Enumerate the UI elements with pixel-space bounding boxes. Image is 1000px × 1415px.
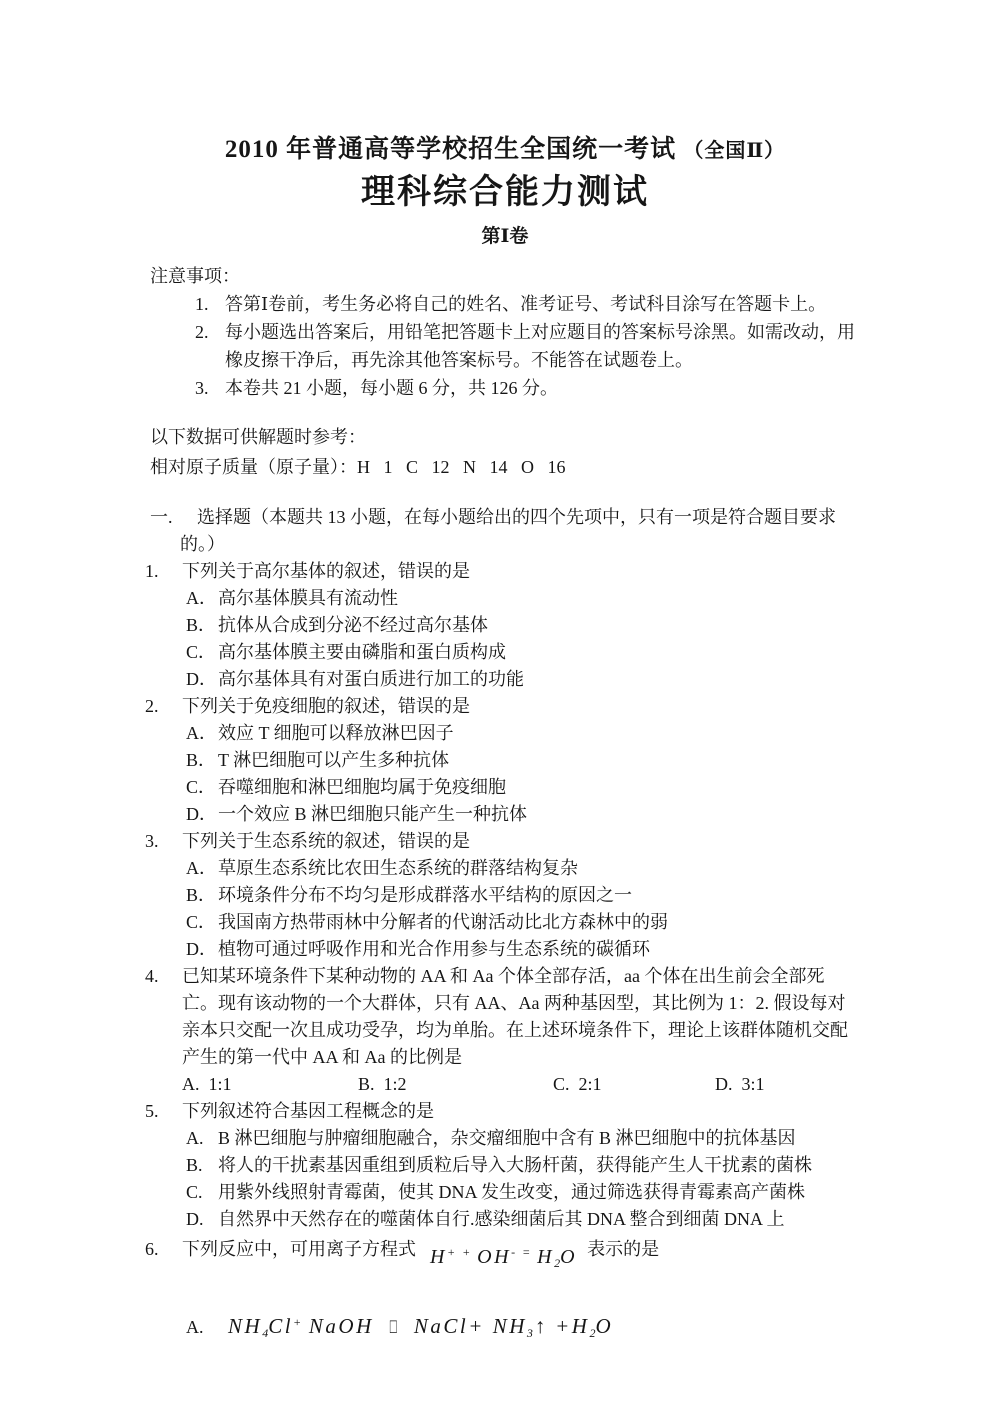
section-number: 一.	[150, 504, 173, 531]
option-text: 高尔基体膜主要由磷脂和蛋白质构成	[218, 639, 860, 666]
option-b: B.1:2	[358, 1071, 553, 1098]
questions-area: 1. 下列关于高尔基体的叙述，错误的是 A．高尔基体膜具有流动性 B．抗体从合成…	[150, 558, 860, 1347]
question-stem-row: 1. 下列关于高尔基体的叙述，错误的是	[150, 558, 860, 585]
question-number: 4.	[145, 963, 182, 1071]
option-c: C．吞噬细胞和淋巴细胞均属于免疫细胞	[150, 774, 860, 801]
option-label: C.	[553, 1071, 570, 1098]
section-one-heading: 一. 选择题（本题共 13 小题，在每小题给出的四个先项中，只有一项是符合题目要…	[150, 504, 860, 558]
option-d: D.3:1	[715, 1071, 765, 1098]
exam-paper-page: 2010 年普通高等学校招生全国统一考试 （全国Ⅱ） 理科综合能力测试 第Ⅰ卷 …	[0, 0, 1000, 1415]
exam-subtitle: 理科综合能力测试	[150, 170, 860, 216]
option-text: B 淋巴细胞与肿瘤细胞融合，杂交瘤细胞中含有 B 淋巴细胞中的抗体基因	[218, 1125, 860, 1152]
notice-item-1: 1. 答第Ⅰ卷前，考生务必将自己的姓名、准考证号、考试科目涂写在答题卡上。	[150, 290, 860, 318]
option-text: 环境条件分布不均匀是形成群落水平结构的原因之一	[218, 882, 860, 909]
option-label: B.	[186, 1152, 218, 1179]
option-label: B.	[358, 1071, 375, 1098]
option-d: D.自然界中天然存在的噬菌体自行.感染细菌后其 DNA 整合到细菌 DNA 上	[150, 1206, 860, 1233]
question-5: 5. 下列叙述符合基因工程概念的是 A.B 淋巴细胞与肿瘤细胞融合，杂交瘤细胞中…	[150, 1098, 860, 1233]
superscript: +	[447, 1245, 455, 1259]
option-label: C.	[186, 1179, 218, 1206]
notice-item-2: 2. 每小题选出答案后，用铅笔把答题卡上对应题目的答案标号涂黑。如需改动，用橡皮…	[150, 318, 860, 374]
option-d: D．植物可通过呼吸作用和光合作用参与生态系统的碳循环	[150, 936, 860, 963]
option-text: 1:2	[384, 1071, 407, 1098]
notice-item-text: 答第Ⅰ卷前，考生务必将自己的姓名、准考证号、考试科目涂写在答题卡上。	[225, 290, 860, 318]
question-number: 3.	[145, 828, 182, 855]
formula-symbol: O	[560, 1246, 577, 1268]
question-stem: 下列关于高尔基体的叙述，错误的是	[182, 558, 860, 585]
question-1: 1. 下列关于高尔基体的叙述，错误的是 A．高尔基体膜具有流动性 B．抗体从合成…	[150, 558, 860, 693]
option-a: A．草原生态系统比农田生态系统的群落结构复杂	[150, 855, 860, 882]
option-b: B．环境条件分布不均匀是形成群落水平结构的原因之一	[150, 882, 860, 909]
option-label: D.	[186, 1206, 218, 1233]
question-stem: 下列反应中，可用离子方程式H++OH-=H2O表示的是	[182, 1236, 860, 1277]
option-text: 吞噬细胞和淋巴细胞均属于免疫细胞	[218, 774, 860, 801]
option-label: D．	[186, 801, 218, 828]
option-label: A．	[186, 720, 218, 747]
formula-symbol: +H	[547, 1314, 589, 1338]
option-text: 植物可通过呼吸作用和光合作用参与生态系统的碳循环	[218, 936, 860, 963]
option-b: B.将人的干扰素基因重组到质粒后导入大肠杆菌，获得能产生人干扰素的菌株	[150, 1152, 860, 1179]
option-label: D．	[186, 936, 218, 963]
option-text: 高尔基体膜具有流动性	[218, 585, 860, 612]
option-label: B．	[186, 882, 218, 909]
option-label: C．	[186, 774, 218, 801]
equals-operator: =	[522, 1245, 530, 1259]
option-text: 高尔基体具有对蛋白质进行加工的功能	[218, 666, 860, 693]
question-stem: 下列叙述符合基因工程概念的是	[182, 1098, 860, 1125]
volume-heading: 第Ⅰ卷	[150, 224, 860, 250]
option-a: A．效应 T 细胞可以释放淋巴因子	[150, 720, 860, 747]
stem-suffix: 表示的是	[587, 1239, 659, 1259]
notice-item-number: 3.	[195, 374, 225, 402]
notice-item-number: 2.	[195, 318, 225, 374]
option-text: 效应 T 细胞可以释放淋巴因子	[218, 720, 860, 747]
superscript: -	[511, 1245, 515, 1259]
option-text: 3:1	[742, 1071, 765, 1098]
option-label: A．	[186, 585, 218, 612]
formula-symbol: Cl	[268, 1314, 293, 1338]
notice-item-text: 每小题选出答案后，用铅笔把答题卡上对应题目的答案标号涂黑。如需改动，用橡皮擦干净…	[225, 318, 860, 374]
option-a: A.B 淋巴细胞与肿瘤细胞融合，杂交瘤细胞中含有 B 淋巴细胞中的抗体基因	[150, 1125, 860, 1152]
option-label: C．	[186, 639, 218, 666]
reference-data-section: 以下数据可供解题时参考： 相对原子质量（原子量）：H 1 C 12 N 14 O…	[150, 422, 860, 482]
question-stem: 已知某环境条件下某种动物的 AA 和 Aa 个体全部存活，aa 个体在出生前会全…	[182, 963, 860, 1071]
option-text: 将人的干扰素基因重组到质粒后导入大肠杆菌，获得能产生人干扰素的菌株	[218, 1152, 860, 1179]
question-3: 3. 下列关于生态系统的叙述，错误的是 A．草原生态系统比农田生态系统的群落结构…	[150, 828, 860, 963]
option-label: A.	[182, 1071, 200, 1098]
superscript: +	[293, 1315, 301, 1329]
up-arrow: ↑	[535, 1314, 546, 1338]
option-text: 草原生态系统比农田生态系统的群落结构复杂	[218, 855, 860, 882]
option-c: C．我国南方热带雨林中分解者的代谢活动比北方森林中的弱	[150, 909, 860, 936]
notice-item-number: 1.	[195, 290, 225, 318]
option-c: C.2:1	[553, 1071, 715, 1098]
exam-title-main: 2010 年普通高等学校招生全国统一考试	[225, 136, 676, 163]
ion-equation: H++OH-=H2O	[430, 1239, 577, 1277]
option-text: 一个效应 B 淋巴细胞只能产生一种抗体	[218, 801, 860, 828]
option-text: 抗体从合成到分泌不经过高尔基体	[218, 612, 860, 639]
exam-title-note: （全国Ⅱ）	[683, 140, 785, 162]
plus-operator: +	[462, 1245, 470, 1259]
option-a: A．高尔基体膜具有流动性	[150, 585, 860, 612]
option-label: C．	[186, 909, 218, 936]
option-c: C.用紫外线照射青霉菌，使其 DNA 发生改变，通过筛选获得青霉素高产菌株	[150, 1179, 860, 1206]
question-stem-row: 2. 下列关于免疫细胞的叙述，错误的是	[150, 693, 860, 720]
formula-symbol: OH	[477, 1246, 511, 1268]
option-label: A．	[186, 855, 218, 882]
question-number: 5.	[145, 1098, 182, 1125]
option-label: B．	[186, 747, 218, 774]
option-label: B．	[186, 612, 218, 639]
question-stem: 下列关于免疫细胞的叙述，错误的是	[182, 693, 860, 720]
option-label: D．	[186, 666, 218, 693]
option-text: 2:1	[579, 1071, 602, 1098]
question-stem: 下列关于生态系统的叙述，错误的是	[182, 828, 860, 855]
question-stem-row: 5. 下列叙述符合基因工程概念的是	[150, 1098, 860, 1125]
question-stem-row: 6. 下列反应中，可用离子方程式H++OH-=H2O表示的是	[150, 1236, 860, 1277]
stem-prefix: 下列反应中，可用离子方程式	[182, 1239, 416, 1259]
section-title: 选择题（本题共 13 小题，在每小题给出的四个先项中，只有一项是符合题目要求的。…	[180, 504, 860, 558]
exam-title: 2010 年普通高等学校招生全国统一考试 （全国Ⅱ）	[150, 133, 860, 168]
reference-intro: 以下数据可供解题时参考：	[150, 422, 860, 452]
option-text: 用紫外线照射青霉菌，使其 DNA 发生改变，通过筛选获得青霉素高产菌株	[218, 1179, 860, 1206]
inline-options-row: A.1:1 B.1:2 C.2:1 D.3:1	[150, 1071, 860, 1098]
formula-symbol: NH	[228, 1314, 262, 1338]
option-text: T 淋巴细胞可以产生多种抗体	[218, 747, 860, 774]
notice-item-text: 本卷共 21 小题，每小题 6 分，共 126 分。	[225, 374, 860, 402]
option-label: A.	[186, 1125, 218, 1152]
notice-item-3: 3. 本卷共 21 小题，每小题 6 分，共 126 分。	[150, 374, 860, 402]
option-label: A.	[186, 1314, 228, 1341]
question-6: 6. 下列反应中，可用离子方程式H++OH-=H2O表示的是 A. NH4Cl+…	[150, 1236, 860, 1347]
option-d: D．一个效应 B 淋巴细胞只能产生一种抗体	[150, 801, 860, 828]
option-text: 自然界中天然存在的噬菌体自行.感染细菌后其 DNA 整合到细菌 DNA 上	[218, 1206, 860, 1233]
question-4: 4. 已知某环境条件下某种动物的 AA 和 Aa 个体全部存活，aa 个体在出生…	[150, 963, 860, 1098]
subscript: 3	[527, 1326, 533, 1340]
option-label: D.	[715, 1071, 733, 1098]
question-number: 1.	[145, 558, 182, 585]
formula-symbol: NaOH	[301, 1314, 381, 1338]
atomic-mass-line: 相对原子质量（原子量）：H 1 C 12 N 14 O 16	[150, 452, 860, 482]
question-2: 2. 下列关于免疫细胞的叙述，错误的是 A．效应 T 细胞可以释放淋巴因子 B．…	[150, 693, 860, 828]
formula-symbol: H	[430, 1246, 447, 1268]
option-b: B．抗体从合成到分泌不经过高尔基体	[150, 612, 860, 639]
option-text: 我国南方热带雨林中分解者的代谢活动比北方森林中的弱	[218, 909, 860, 936]
option-a: A.1:1	[182, 1071, 358, 1098]
formula-symbol: H	[537, 1246, 554, 1268]
formula-symbol: O	[595, 1314, 613, 1338]
option-text: 1:1	[209, 1071, 232, 1098]
question-number: 2.	[145, 693, 182, 720]
question-stem-row: 4. 已知某环境条件下某种动物的 AA 和 Aa 个体全部存活，aa 个体在出生…	[150, 963, 860, 1071]
missing-glyph-box: □	[390, 1313, 397, 1340]
option-a: A. NH4Cl+ NaOH □ NaCl+ NH3↑ +H2O	[150, 1309, 860, 1347]
notice-section: 注意事项： 1. 答第Ⅰ卷前，考生务必将自己的姓名、准考证号、考试科目涂写在答题…	[150, 262, 860, 402]
option-c: C．高尔基体膜主要由磷脂和蛋白质构成	[150, 639, 860, 666]
chemical-equation: NH4Cl+ NaOH □ NaCl+ NH3↑ +H2O	[228, 1309, 613, 1347]
question-stem-row: 3. 下列关于生态系统的叙述，错误的是	[150, 828, 860, 855]
option-d: D．高尔基体具有对蛋白质进行加工的功能	[150, 666, 860, 693]
option-b: B．T 淋巴细胞可以产生多种抗体	[150, 747, 860, 774]
notice-heading: 注意事项：	[150, 262, 860, 290]
formula-symbol: NaCl+ NH	[406, 1314, 527, 1338]
question-number: 6.	[145, 1236, 182, 1277]
